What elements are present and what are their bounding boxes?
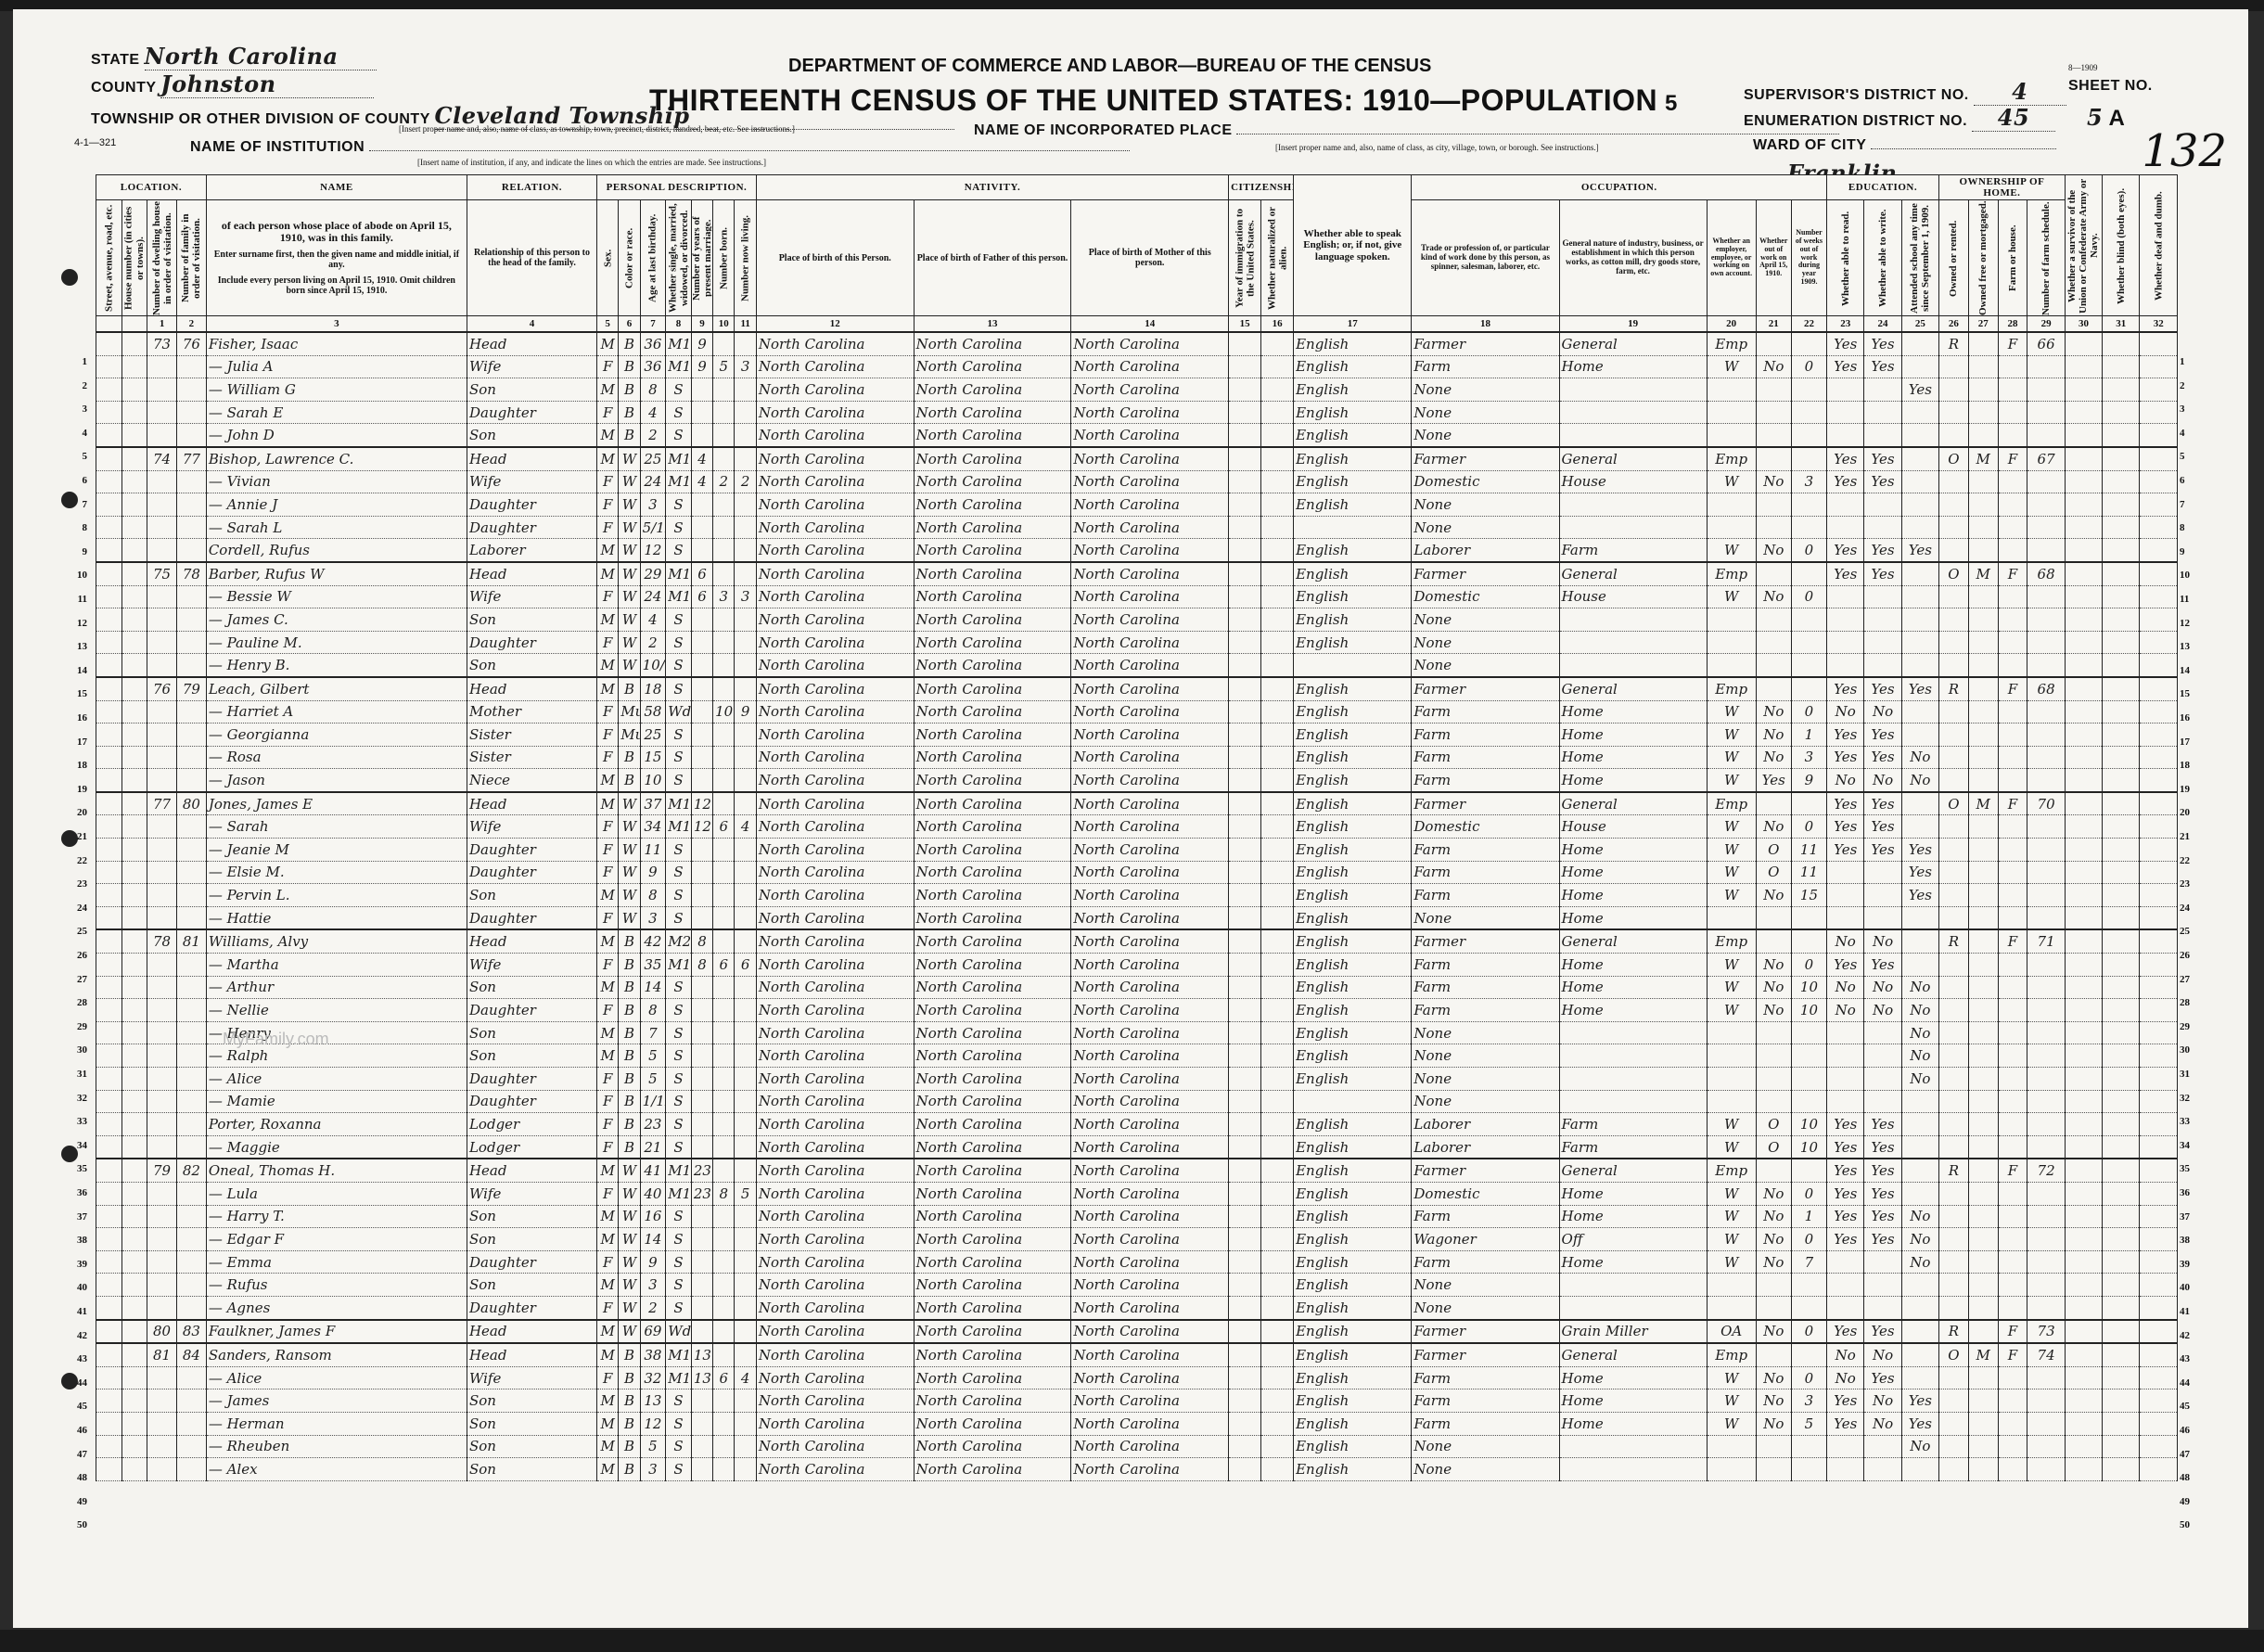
cell-weeks: 11 [1791, 861, 1826, 884]
cell-blind [2103, 1435, 2140, 1458]
cell-living [735, 493, 756, 517]
cell-age: 25 [640, 447, 666, 470]
cell-fh [1998, 1435, 2027, 1458]
cell-dwelling: 76 [147, 677, 177, 700]
cell-bp: North Carolina [756, 1296, 914, 1319]
cell-living [735, 1044, 756, 1068]
cell-immig [1229, 539, 1261, 562]
cell-born [713, 769, 735, 792]
cell-mbp: North Carolina [1071, 1389, 1229, 1413]
cell-sched [2027, 861, 2065, 884]
table-row: — Jeanie MDaughterFW11SNorth CarolinaNor… [96, 839, 2178, 862]
cell-immig [1229, 1296, 1261, 1319]
cell-mort [1968, 929, 1998, 953]
cell-write: No [1864, 1412, 1901, 1435]
cell-mbp: North Carolina [1071, 447, 1229, 470]
cell-yrs: 8 [691, 929, 712, 953]
cell-vet [2065, 539, 2102, 562]
table-row: — Bessie WWifeFW24M1633North CarolinaNor… [96, 585, 2178, 608]
cell-oow: No [1756, 1412, 1791, 1435]
cell-born [713, 378, 735, 402]
cell-blind [2103, 1412, 2140, 1435]
cell-school [1901, 608, 1938, 632]
cell-mbp: North Carolina [1071, 378, 1229, 402]
cell-natur [1261, 470, 1294, 493]
cell-street [96, 424, 122, 447]
cell-yrs [691, 1250, 712, 1274]
cell-read: Yes [1827, 792, 1864, 815]
cell-immig [1229, 516, 1261, 539]
cell-read: Yes [1827, 1412, 1864, 1435]
cell-dwelling [147, 1113, 177, 1136]
cell-dwelling: 81 [147, 1343, 177, 1366]
cell-weeks: 10 [1791, 976, 1826, 999]
cell-vet [2065, 861, 2102, 884]
cell-sex: F [597, 1135, 619, 1159]
cell-dwelling [147, 815, 177, 839]
cell-weeks [1791, 516, 1826, 539]
line-number: 17 [65, 736, 87, 748]
cell-house [122, 1090, 147, 1113]
header-write: Whether able to write. [1864, 200, 1901, 316]
cell-living [735, 1458, 756, 1481]
cell-marital: M2 [666, 929, 692, 953]
cell-street [96, 929, 122, 953]
line-number-right: 1 [2180, 356, 2185, 367]
cell-street [96, 1159, 122, 1182]
cell-sched [2027, 976, 2065, 999]
cell-oow [1756, 1458, 1791, 1481]
cell-marital: S [666, 424, 692, 447]
cell-fbp: North Carolina [914, 1021, 1071, 1044]
cell-yrs [691, 769, 712, 792]
cell-house [122, 769, 147, 792]
cell-family [176, 1113, 206, 1136]
cell-house [122, 378, 147, 402]
cell-industry: Home [1559, 999, 1707, 1022]
header-birth-person: Place of birth of this Person. [756, 200, 914, 316]
cell-marital: S [666, 1274, 692, 1297]
line-number: 48 [65, 1472, 87, 1483]
table-row: — Henry B.SonMW10/12SNorth CarolinaNorth… [96, 654, 2178, 677]
cell-sex: F [597, 906, 619, 929]
cell-write [1864, 493, 1901, 517]
line-number: 29 [65, 1021, 87, 1032]
cell-house [122, 884, 147, 907]
cell-mbp: North Carolina [1071, 1458, 1229, 1481]
cell-own [1938, 724, 1968, 747]
cell-natur [1261, 401, 1294, 424]
cell-fbp: North Carolina [914, 1274, 1071, 1297]
line-number-right: 39 [2180, 1259, 2190, 1270]
cell-marital: S [666, 631, 692, 654]
cell-school: No [1901, 746, 1938, 769]
cell-vet [2065, 815, 2102, 839]
cell-race: B [619, 1021, 640, 1044]
cell-deaf [2140, 1366, 2178, 1389]
cell-read [1827, 516, 1864, 539]
cell-mbp: North Carolina [1071, 1343, 1229, 1366]
cell-emp [1707, 906, 1756, 929]
cell-born [713, 1228, 735, 1251]
cell-yrs [691, 401, 712, 424]
cell-marital: S [666, 839, 692, 862]
cell-emp: W [1707, 746, 1756, 769]
cell-vet [2065, 1274, 2102, 1297]
cell-mort [1968, 470, 1998, 493]
cell-family [176, 1068, 206, 1091]
cell-mort [1968, 1182, 1998, 1205]
cell-sched [2027, 954, 2065, 977]
cell-oow: O [1756, 1113, 1791, 1136]
cell-marital: S [666, 724, 692, 747]
cell-dwelling [147, 999, 177, 1022]
cell-age: 41 [640, 1159, 666, 1182]
cell-born: 8 [713, 1182, 735, 1205]
cell-mort [1968, 1135, 1998, 1159]
cell-fbp: North Carolina [914, 1458, 1071, 1481]
cell-blind [2103, 1296, 2140, 1319]
cell-age: 40 [640, 1182, 666, 1205]
cell-read: No [1827, 769, 1864, 792]
cell-natur [1261, 906, 1294, 929]
cell-blind [2103, 378, 2140, 402]
table-row: — SarahWifeFW34M11264North CarolinaNorth… [96, 815, 2178, 839]
cell-school: Yes [1901, 861, 1938, 884]
cell-name: Leach, Gilbert [206, 677, 467, 700]
cell-street [96, 1090, 122, 1113]
cell-bp: North Carolina [756, 1274, 914, 1297]
cell-natur [1261, 1113, 1294, 1136]
cell-age: 23 [640, 1113, 666, 1136]
cell-house [122, 815, 147, 839]
cell-read: No [1827, 1366, 1864, 1389]
column-number-row: 1234567891011121314151617181920212223242… [96, 316, 2178, 333]
cell-oow: No [1756, 976, 1791, 999]
line-number: 3 [65, 403, 87, 415]
cell-industry [1559, 1274, 1707, 1297]
cell-school [1901, 516, 1938, 539]
cell-street [96, 1296, 122, 1319]
cell-family [176, 1366, 206, 1389]
line-number: 5 [65, 451, 87, 462]
cell-born [713, 677, 735, 700]
cell-dwelling [147, 1044, 177, 1068]
cell-bp: North Carolina [756, 906, 914, 929]
cell-sched [2027, 585, 2065, 608]
cell-emp: W [1707, 815, 1756, 839]
cell-marital: S [666, 654, 692, 677]
cell-weeks: 0 [1791, 539, 1826, 562]
cell-weeks: 10 [1791, 999, 1826, 1022]
cell-oow: No [1756, 355, 1791, 378]
cell-lang: English [1294, 884, 1412, 907]
cell-emp [1707, 493, 1756, 517]
cell-name: — Rheuben [206, 1435, 467, 1458]
cell-immig [1229, 401, 1261, 424]
cell-read: Yes [1827, 1113, 1864, 1136]
cell-dwelling: 73 [147, 332, 177, 355]
cell-dwelling [147, 631, 177, 654]
cell-sched [2027, 631, 2065, 654]
cell-trade: Farmer [1412, 677, 1559, 700]
cell-deaf [2140, 1205, 2178, 1228]
cell-deaf [2140, 401, 2178, 424]
cell-oow [1756, 929, 1791, 953]
cell-trade: Laborer [1412, 1135, 1559, 1159]
cell-race: W [619, 585, 640, 608]
cell-marital: M1 [666, 332, 692, 355]
page-title: THIRTEENTH CENSUS OF THE UNITED STATES: … [649, 83, 1657, 118]
cell-emp: W [1707, 355, 1756, 378]
cell-read [1827, 1296, 1864, 1319]
cell-blind [2103, 1068, 2140, 1091]
cell-natur [1261, 654, 1294, 677]
cell-house [122, 1274, 147, 1297]
line-number-right: 38 [2180, 1235, 2190, 1246]
cell-age: 12 [640, 1412, 666, 1435]
cell-write: Yes [1864, 1366, 1901, 1389]
cell-write: Yes [1864, 1320, 1901, 1344]
cell-fbp: North Carolina [914, 677, 1071, 700]
header-language: Whether able to speak English; or, if no… [1294, 175, 1412, 316]
cell-blind [2103, 401, 2140, 424]
cell-mbp: North Carolina [1071, 976, 1229, 999]
cell-school: Yes [1901, 1389, 1938, 1413]
cell-weeks: 0 [1791, 1320, 1826, 1344]
cell-relation: Son [467, 654, 596, 677]
cell-lang: English [1294, 424, 1412, 447]
cell-fh [1998, 815, 2027, 839]
cell-vet [2065, 378, 2102, 402]
cell-living [735, 1412, 756, 1435]
cell-living [735, 861, 756, 884]
cell-oow: No [1756, 585, 1791, 608]
cell-bp: North Carolina [756, 355, 914, 378]
cell-living [735, 1159, 756, 1182]
cell-living [735, 1228, 756, 1251]
cell-living [735, 1389, 756, 1413]
cell-write: No [1864, 976, 1901, 999]
cell-relation: Son [467, 1389, 596, 1413]
cell-vet [2065, 1113, 2102, 1136]
cell-school [1901, 447, 1938, 470]
cell-name: — James C. [206, 608, 467, 632]
cell-natur [1261, 1389, 1294, 1413]
cell-read [1827, 401, 1864, 424]
cell-emp: W [1707, 884, 1756, 907]
cell-house [122, 1205, 147, 1228]
line-number-right: 41 [2180, 1306, 2190, 1317]
cell-fbp: North Carolina [914, 1296, 1071, 1319]
line-number-right: 5 [2180, 451, 2185, 462]
cell-fh: F [1998, 1343, 2027, 1366]
cell-street [96, 378, 122, 402]
header-street: Street, avenue, road, etc. [96, 200, 122, 316]
cell-write [1864, 378, 1901, 402]
cell-age: 14 [640, 976, 666, 999]
cell-write: No [1864, 999, 1901, 1022]
cell-trade: None [1412, 906, 1559, 929]
cell-deaf [2140, 861, 2178, 884]
cell-mort [1968, 1274, 1998, 1297]
cell-born [713, 1343, 735, 1366]
cell-marital: S [666, 1435, 692, 1458]
line-number-right: 44 [2180, 1377, 2190, 1389]
cell-dwelling: 77 [147, 792, 177, 815]
cell-marital: S [666, 1205, 692, 1228]
cell-immig [1229, 839, 1261, 862]
cell-name: — Edgar F [206, 1228, 467, 1251]
cell-fbp: North Carolina [914, 1090, 1071, 1113]
cell-sched [2027, 884, 2065, 907]
cell-name: Barber, Rufus W [206, 562, 467, 585]
cell-family [176, 401, 206, 424]
cell-blind [2103, 999, 2140, 1022]
cell-yrs [691, 700, 712, 724]
cell-weeks: 3 [1791, 746, 1826, 769]
line-number: 34 [65, 1140, 87, 1151]
cell-deaf [2140, 1113, 2178, 1136]
cell-write [1864, 608, 1901, 632]
cell-own [1938, 746, 1968, 769]
cell-mort: M [1968, 447, 1998, 470]
cell-age: 12 [640, 539, 666, 562]
cell-weeks: 9 [1791, 769, 1826, 792]
cell-lang: English [1294, 493, 1412, 517]
cell-lang: English [1294, 792, 1412, 815]
cell-mbp: North Carolina [1071, 929, 1229, 953]
header-mortgaged: Owned free or mortgaged. [1968, 200, 1998, 316]
cell-name: — Harriet A [206, 700, 467, 724]
cell-family [176, 999, 206, 1022]
cell-street [96, 884, 122, 907]
cell-emp [1707, 1068, 1756, 1091]
cell-write: Yes [1864, 539, 1901, 562]
cell-oow [1756, 654, 1791, 677]
line-number: 45 [65, 1401, 87, 1412]
cell-yrs: 12 [691, 815, 712, 839]
cell-immig [1229, 1135, 1261, 1159]
cell-mbp: North Carolina [1071, 1113, 1229, 1136]
cell-vet [2065, 1068, 2102, 1091]
cell-lang [1294, 1090, 1412, 1113]
cell-industry [1559, 493, 1707, 517]
cell-oow: No [1756, 539, 1791, 562]
cell-own [1938, 1296, 1968, 1319]
header-children-born: Number born. [713, 200, 735, 316]
cell-immig [1229, 654, 1261, 677]
cell-fbp: North Carolina [914, 861, 1071, 884]
cell-own: R [1938, 1159, 1968, 1182]
cell-mort [1968, 1366, 1998, 1389]
cell-natur [1261, 562, 1294, 585]
cell-emp [1707, 378, 1756, 402]
cell-born [713, 1205, 735, 1228]
table-row: — AliceWifeFB32M11364North CarolinaNorth… [96, 1366, 2178, 1389]
cell-immig [1229, 470, 1261, 493]
cell-emp: W [1707, 470, 1756, 493]
cell-natur [1261, 1159, 1294, 1182]
cell-mort [1968, 906, 1998, 929]
cell-marital: S [666, 1068, 692, 1091]
cell-school: No [1901, 1205, 1938, 1228]
cell-house [122, 493, 147, 517]
cell-dwelling [147, 355, 177, 378]
cell-fbp: North Carolina [914, 654, 1071, 677]
cell-name: Cordell, Rufus [206, 539, 467, 562]
table-row: Cordell, RufusLaborerMW12SNorth Carolina… [96, 539, 2178, 562]
cell-sex: M [597, 884, 619, 907]
cell-dwelling [147, 700, 177, 724]
table-row: 7679Leach, GilbertHeadMB18SNorth Carolin… [96, 677, 2178, 700]
cell-deaf [2140, 1135, 2178, 1159]
cell-lang: English [1294, 1320, 1412, 1344]
cell-emp: Emp [1707, 929, 1756, 953]
cell-sex: F [597, 493, 619, 517]
cell-fbp: North Carolina [914, 539, 1071, 562]
cell-weeks: 11 [1791, 839, 1826, 862]
cell-sched [2027, 1296, 2065, 1319]
cell-bp: North Carolina [756, 1435, 914, 1458]
cell-lang: English [1294, 631, 1412, 654]
cell-write [1864, 585, 1901, 608]
cell-mbp: North Carolina [1071, 1159, 1229, 1182]
cell-weeks [1791, 332, 1826, 355]
cell-bp: North Carolina [756, 378, 914, 402]
cell-industry: General [1559, 332, 1707, 355]
cell-dwelling [147, 769, 177, 792]
ward-field: WARD OF CITY [1753, 137, 2056, 154]
cell-relation: Lodger [467, 1113, 596, 1136]
cell-mort [1968, 976, 1998, 999]
cell-industry [1559, 1296, 1707, 1319]
cell-read: No [1827, 999, 1864, 1022]
cell-fbp: North Carolina [914, 424, 1071, 447]
cell-born [713, 1458, 735, 1481]
cell-read [1827, 1021, 1864, 1044]
table-row: — MamieDaughterFB1/12SNorth CarolinaNort… [96, 1090, 2178, 1113]
cell-school: No [1901, 1250, 1938, 1274]
cell-race: B [619, 1366, 640, 1389]
cell-sex: F [597, 746, 619, 769]
cell-emp: OA [1707, 1320, 1756, 1344]
cell-living [735, 1090, 756, 1113]
cell-family [176, 1205, 206, 1228]
cell-sched [2027, 539, 2065, 562]
cell-sched [2027, 1113, 2065, 1136]
cell-family: 76 [176, 332, 206, 355]
cell-mort [1968, 1159, 1998, 1182]
cell-deaf [2140, 654, 2178, 677]
cell-vet [2065, 884, 2102, 907]
cell-marital: S [666, 677, 692, 700]
institution-note: [Insert name of institution, if any, and… [417, 158, 766, 167]
cell-race: B [619, 1068, 640, 1091]
cell-vet [2065, 493, 2102, 517]
cell-dwelling [147, 539, 177, 562]
cell-fh [1998, 355, 2027, 378]
line-number: 35 [65, 1163, 87, 1174]
cell-write [1864, 1021, 1901, 1044]
cell-industry: Home [1559, 954, 1707, 977]
cell-house [122, 999, 147, 1022]
cell-family: 79 [176, 677, 206, 700]
cell-house [122, 401, 147, 424]
cell-vet [2065, 1320, 2102, 1344]
group-education: EDUCATION. [1827, 175, 1939, 200]
cell-race: B [619, 1389, 640, 1413]
